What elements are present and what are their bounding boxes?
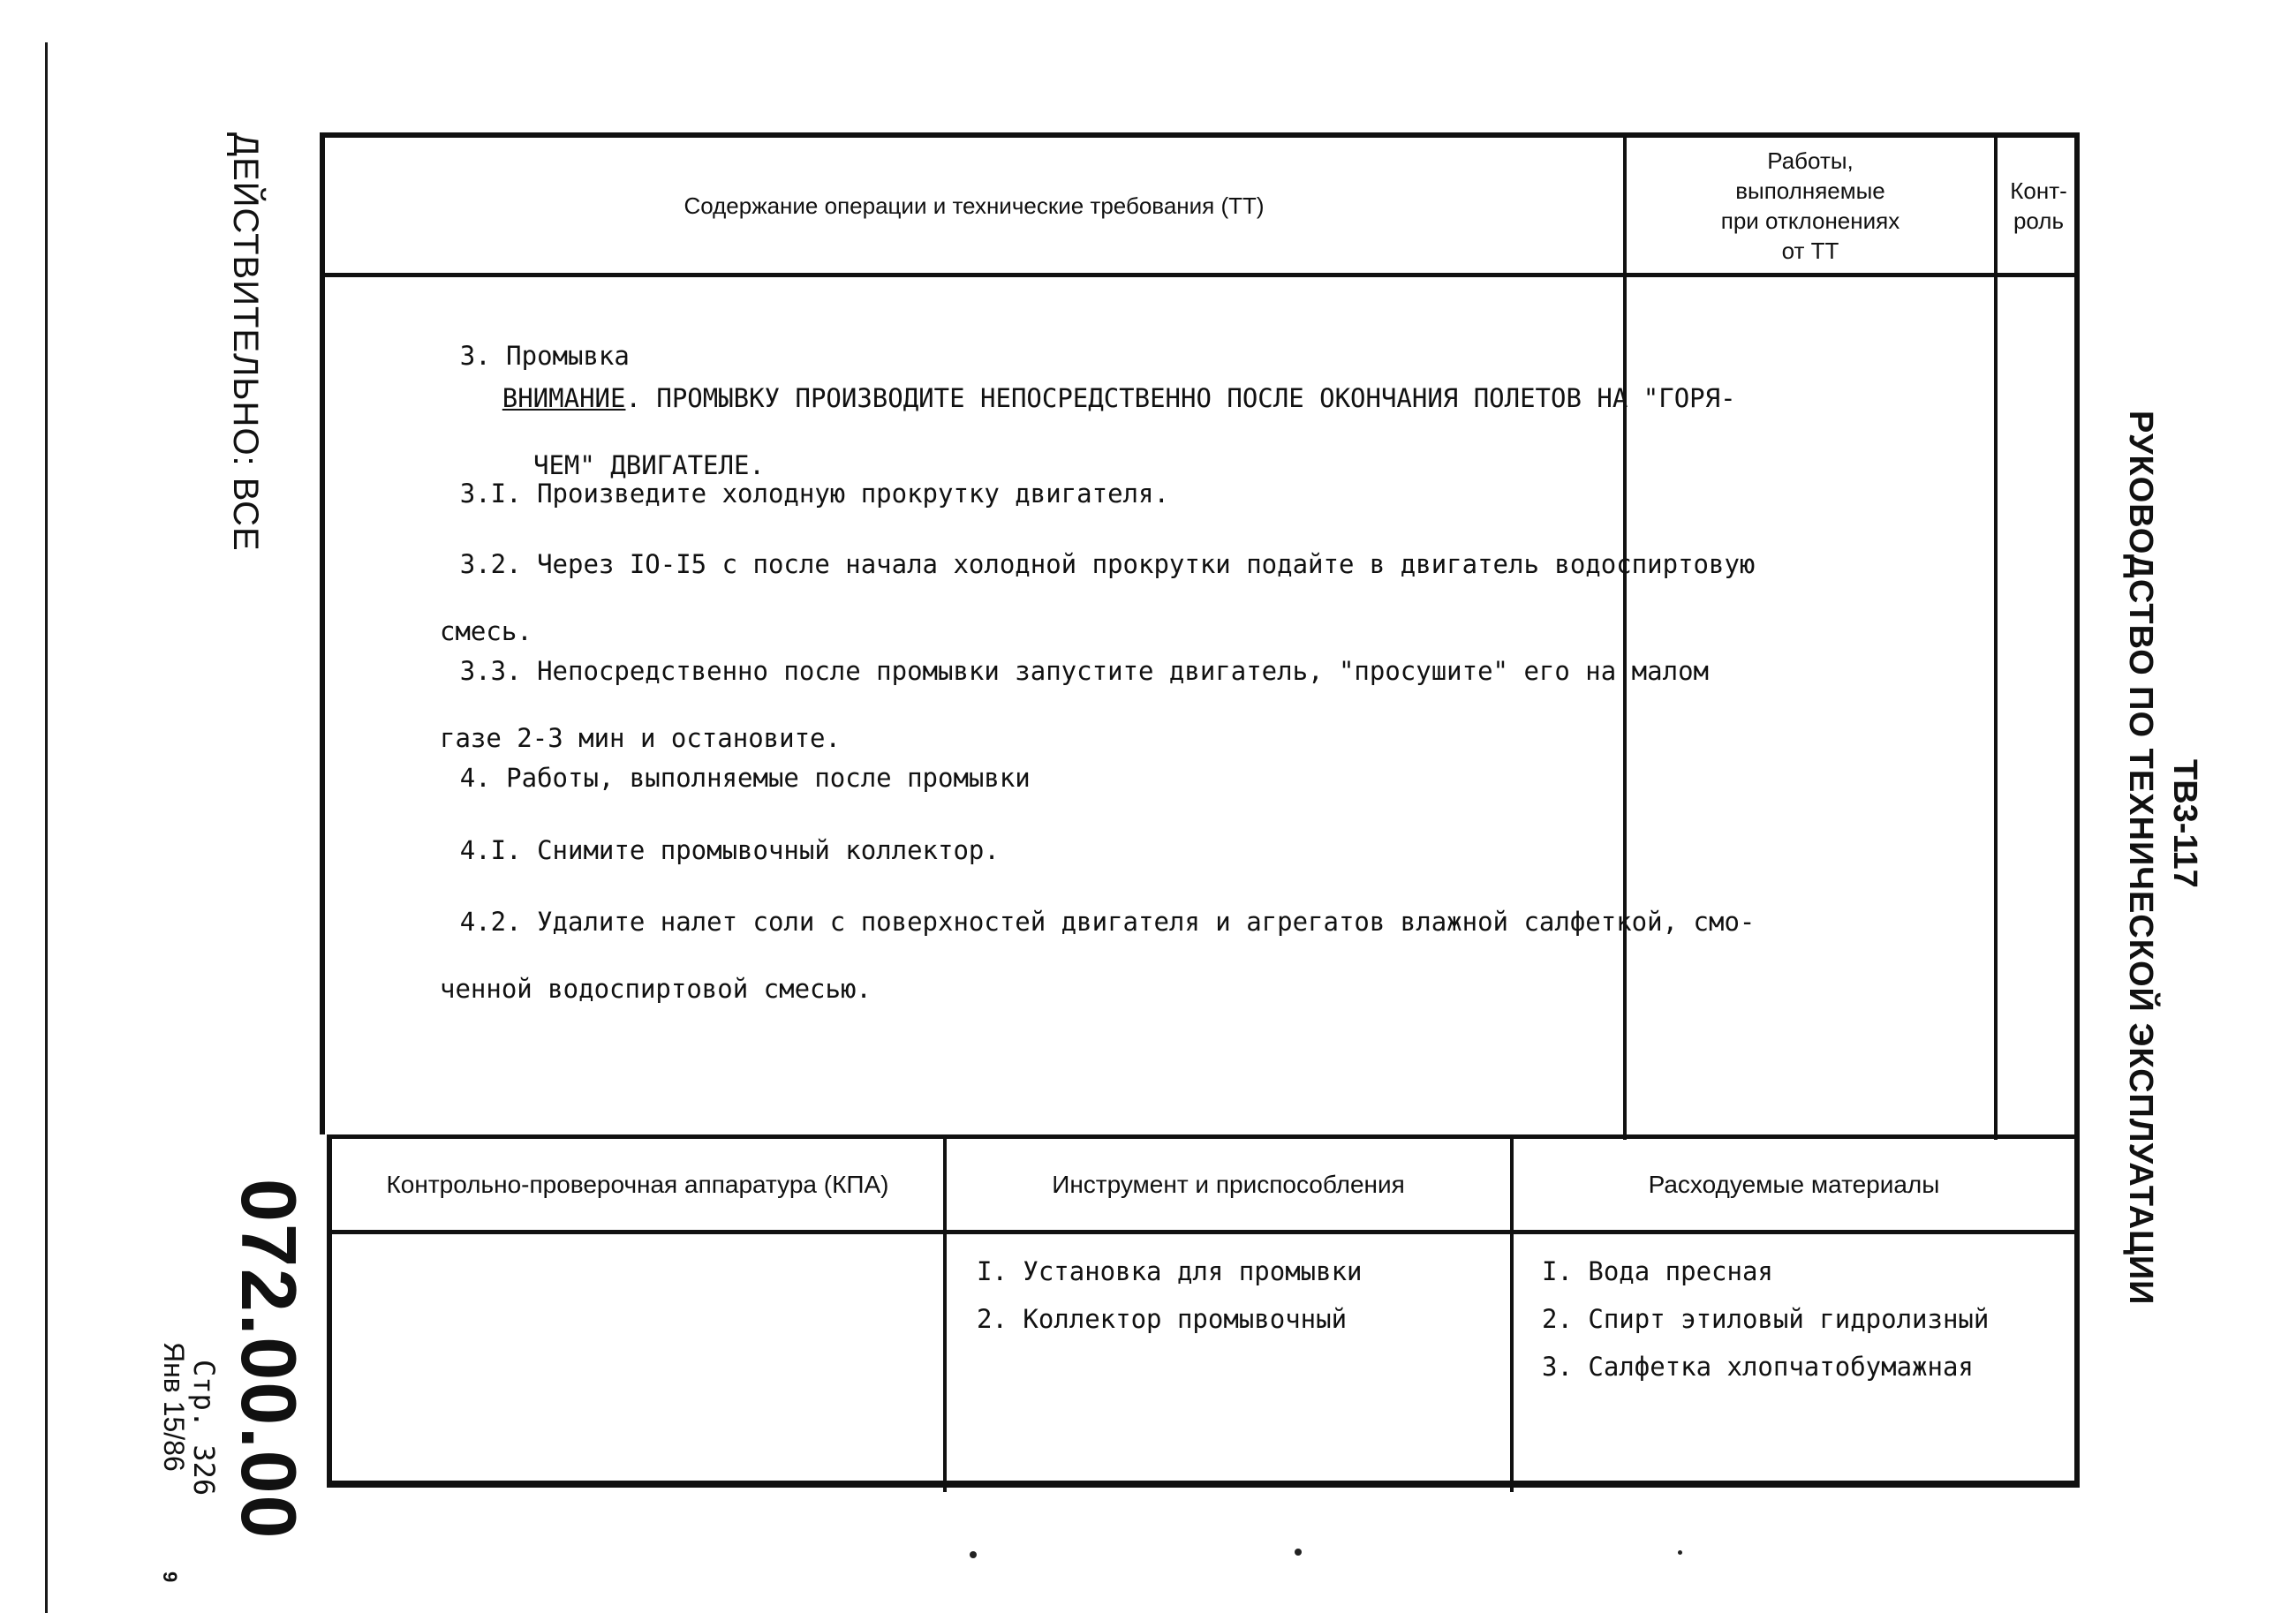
list-item: 2. Коллектор промывочный	[977, 1295, 1363, 1343]
revision-date: Янв 15/86	[157, 1342, 190, 1472]
list-item: 2. Спирт этиловый гидролизный	[1542, 1295, 1989, 1343]
step-text: 4. Работы, выполняемые после промывки	[460, 763, 1031, 793]
header-consumables: Расходуемые материалы	[1514, 1139, 2074, 1230]
header-line: Работы,	[1721, 146, 1899, 176]
document-number: 072.00.00	[223, 1179, 313, 1541]
header-tools: Инструмент и приспособления	[947, 1139, 1510, 1230]
scan-speck	[970, 1551, 977, 1558]
header-deviation-works: Работы, выполняемые при отклонениях от Т…	[1627, 138, 1994, 273]
step-text: 4.I. Снимите промывочный коллектор.	[460, 835, 1000, 865]
step-text: 3.2. Через IO-I5 с после начала холодной…	[460, 549, 1756, 579]
header-line: выполняемые	[1721, 176, 1899, 206]
sheet-mark: 9	[158, 1572, 181, 1582]
warning-label: ВНИМАНИЕ	[502, 383, 626, 413]
page-number: Стр. 326	[187, 1360, 221, 1496]
header-line: роль	[2010, 206, 2067, 236]
column-divider	[1994, 138, 1998, 1140]
header-line: Конт-	[2010, 176, 2067, 206]
step-text: 3.I. Произведите холодную прокрутку двиг…	[460, 479, 1169, 509]
binding-line	[45, 42, 48, 1613]
engine-model: ТВ3-117	[2165, 759, 2203, 888]
list-item: I. Вода пресная	[1542, 1247, 1989, 1295]
scan-speck	[1678, 1550, 1682, 1555]
scan-speck	[1295, 1549, 1302, 1556]
tools-list: I. Установка для промывки 2. Коллектор п…	[977, 1247, 1363, 1343]
validity-label: ДЕЙСТВИТЕЛЬНО: ВСЕ	[225, 132, 265, 552]
header-control: Конт- роль	[1998, 138, 2080, 273]
header-line: от ТТ	[1721, 236, 1899, 266]
header-line: при отклонениях	[1721, 206, 1899, 236]
step-text: 3.3. Непосредственно после промывки запу…	[460, 656, 1709, 686]
step-4-2: 4.2. Удалите налет соли с поверхностей д…	[367, 871, 1755, 1073]
materials-list: I. Вода пресная 2. Спирт этиловый гидрол…	[1542, 1247, 1989, 1391]
header-operation-content: Содержание операции и технические требов…	[325, 138, 1623, 273]
warning-text: . ПРОМЫВКУ ПРОИЗВОДИТЕ НЕПОСРЕДСТВЕННО П…	[625, 383, 1735, 413]
resources-table: Контрольно-проверочная аппаратура (КПА) …	[327, 1134, 2080, 1488]
header-test-equipment: Контрольно-проверочная аппаратура (КПА)	[332, 1139, 943, 1230]
list-item: I. Установка для промывки	[977, 1247, 1363, 1295]
operations-table: Содержание операции и технические требов…	[320, 132, 2080, 1134]
step-text: 4.2. Удалите налет соли с поверхностей д…	[460, 907, 1756, 937]
step-text-cont: ченной водоспиртовой смесью.	[367, 972, 1755, 1006]
manual-title: РУКОВОДСТВО ПО ТЕХНИЧЕСКОЙ ЭКСПЛУАТАЦИИ	[2121, 411, 2159, 1306]
list-item: 3. Салфетка хлопчатобумажная	[1542, 1343, 1989, 1391]
